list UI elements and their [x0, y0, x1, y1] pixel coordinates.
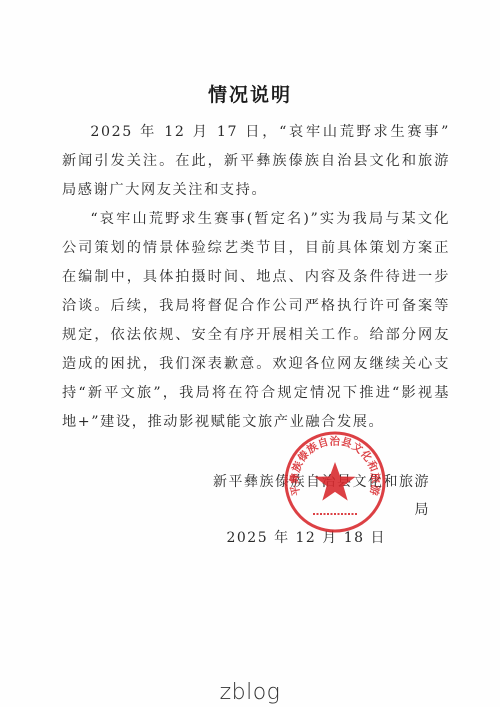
paragraph-2: “哀牢山荒野求生赛事(暂定名)”实为我局与某文化公司策划的情景体验综艺类节目，目…	[62, 205, 450, 437]
document-body: 2025 年 12 月 17 日，“哀牢山荒野求生赛事” 新闻引发关注。在此，新…	[62, 118, 450, 437]
watermark-text: zblog	[0, 680, 500, 705]
paragraph-1: 2025 年 12 月 17 日，“哀牢山荒野求生赛事” 新闻引发关注。在此，新…	[62, 118, 450, 205]
document-title: 情况说明	[0, 80, 500, 107]
official-seal-icon: 新平彝族傣族自治县文化和旅游局	[283, 430, 387, 534]
